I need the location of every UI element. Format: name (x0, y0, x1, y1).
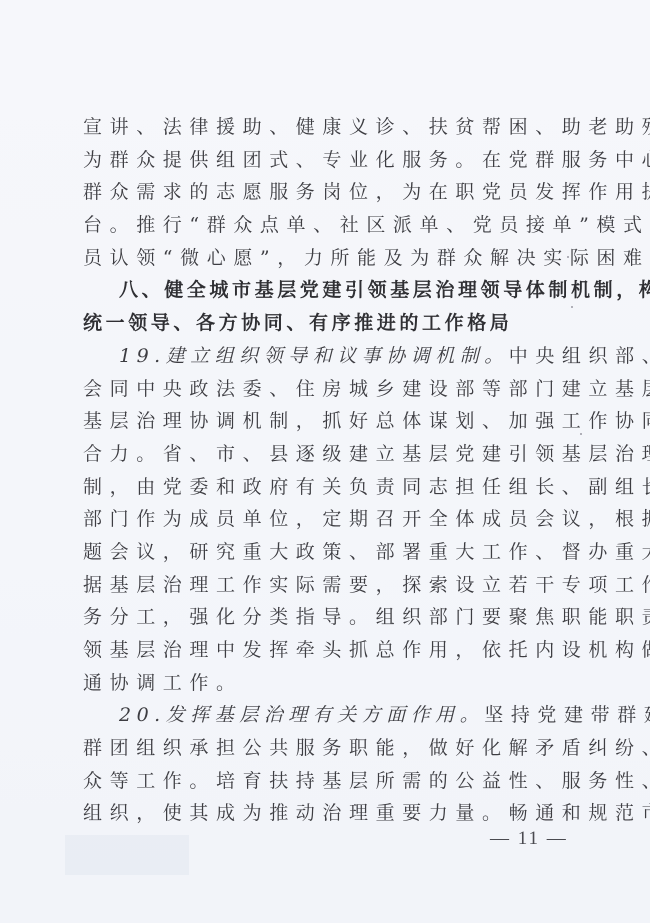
paragraph-line: 通协调工作。 (83, 667, 583, 700)
item-20-first-line: 20.发挥基层治理有关方面作用。坚持党建带群建，支持 (83, 699, 583, 732)
paragraph-line: 制，由党委和政府有关负责同志担任组长、副组长，相关职能 (83, 471, 583, 504)
paragraph-line: 员认领“微心愿”，力所能及为群众解决实际困难。 (83, 242, 583, 275)
section-heading: 统一领导、各方协同、有序推进的工作格局 (83, 307, 583, 340)
paragraph-line: 组织，使其成为推动治理重要力量。畅通和规范市场主体、新 (83, 797, 583, 830)
document-page: 宣讲、法律援助、健康义诊、扶贫帮困、助老助残等服务团队， 为群众提供组团式、专业… (0, 0, 650, 923)
item-19-number: 19. (119, 345, 166, 367)
item-20-number: 20. (119, 704, 166, 726)
paragraph-line: 务分工，强化分类指导。组织部门要聚焦职能职责，在党建引 (83, 601, 583, 634)
item-19-first-line: 19.建立组织领导和议事协调机制。中央组织部、民政部 (83, 340, 583, 373)
bleed-through-mark (65, 835, 189, 875)
section-heading: 八、健全城市基层党建引领基层治理领导体制机制，构建 (83, 274, 583, 307)
paragraph-line: 基层治理协调机制，抓好总体谋划、加强工作协同、形成整体 (83, 405, 583, 438)
paragraph-line: 群团组织承担公共服务职能，做好化解矛盾纠纷、帮扶困难群 (83, 732, 583, 765)
item-20-text: 坚持党建带群建，支持 (484, 704, 650, 726)
paragraph-line: 众等工作。培育扶持基层所需的公益性、服务性、互助性社会 (83, 765, 583, 798)
paragraph-line: 合力。省、市、县逐级建立基层党建引领基层治理领导协调机 (83, 438, 583, 471)
paragraph-line: 题会议，研究重大政策、部署重大工作、督办重大任务。可根 (83, 536, 583, 569)
paragraph-line: 领基层治理中发挥牵头抓总作用，依托内设机构做好日常沟 (83, 634, 583, 667)
body-text: 宣讲、法律援助、健康义诊、扶贫帮困、助老助残等服务团队， 为群众提供组团式、专业… (83, 111, 583, 830)
paragraph-line: 据基层治理工作实际需要，探索设立若干专项工作组，细化任 (83, 569, 583, 602)
item-19-title: 建立组织领导和议事协调机制。 (166, 345, 509, 367)
item-20-title: 发挥基层治理有关方面作用。 (166, 704, 485, 726)
paragraph-line: 群众需求的志愿服务岗位，为在职党员发挥作用提供更多平 (83, 176, 583, 209)
page-number: — 11 — (490, 828, 568, 850)
paragraph-line: 台。推行“群众点单、社区派单、党员接单”模式，组织在职党 (83, 209, 583, 242)
paragraph-line: 部门作为成员单位，定期召开全体成员会议，根据需要召开专 (83, 503, 583, 536)
paragraph-line: 会同中央政法委、住房城乡建设部等部门建立基层党建引领 (83, 373, 583, 406)
paragraph-line: 宣讲、法律援助、健康义诊、扶贫帮困、助老助残等服务团队， (83, 111, 583, 144)
item-19-text: 中央组织部、民政部 (509, 345, 650, 367)
paragraph-line: 为群众提供组团式、专业化服务。在党群服务中心设置贴合 (83, 144, 583, 177)
